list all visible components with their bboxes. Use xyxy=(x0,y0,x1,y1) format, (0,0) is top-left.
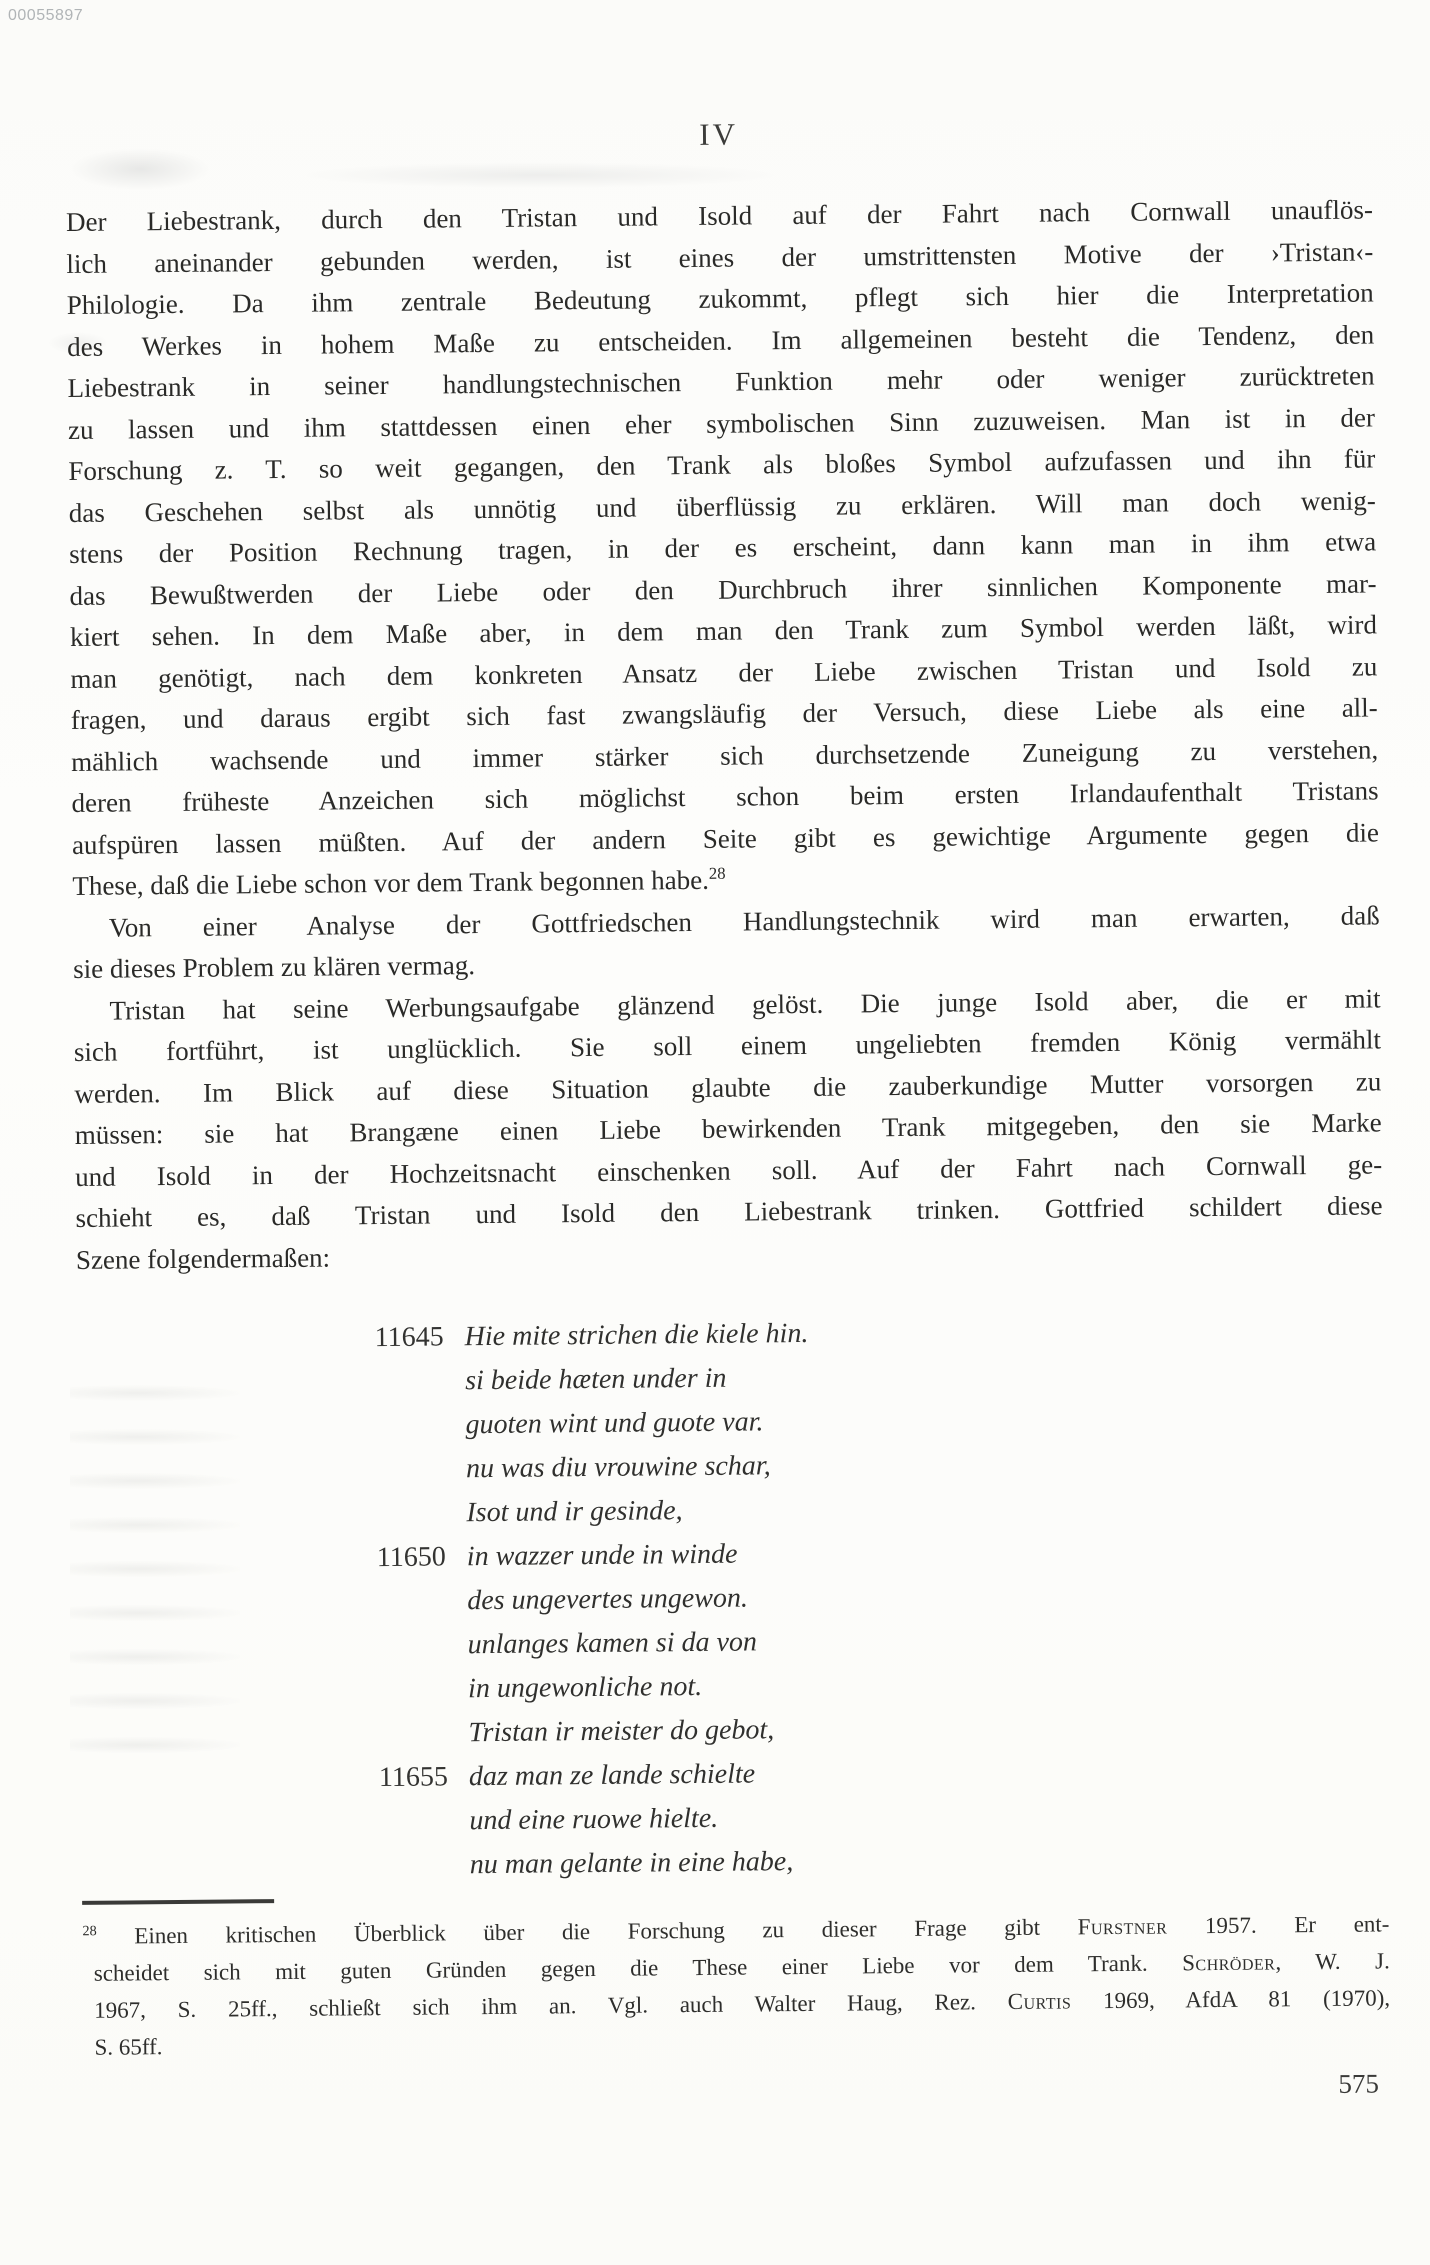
verse-line-text: in ungewonliche not. xyxy=(468,1665,702,1711)
verse-line-text: unlanges kamen si da von xyxy=(467,1620,757,1667)
verse-line-number xyxy=(375,1359,439,1404)
author-name-smallcaps: Curtis xyxy=(1008,1988,1072,2014)
verse-line-number: 11655 xyxy=(379,1755,443,1800)
author-name-smallcaps: Furstner xyxy=(1078,1914,1168,1940)
footnote-text: S. 65ff. xyxy=(94,2034,162,2060)
verse-line-text: daz man ze lande schielte xyxy=(469,1752,756,1799)
verse-line-number xyxy=(375,1403,439,1448)
footnote-marker: 28 xyxy=(82,1923,96,1939)
verse-quotation: 11645Hie mite strichen die kiele hin.si … xyxy=(77,1306,1389,1891)
verse-line-number: 11650 xyxy=(377,1535,441,1580)
verse-line-text: und eine ruowe hielte. xyxy=(469,1797,718,1843)
verse-line-text: guoten wint und guote var. xyxy=(465,1400,763,1447)
verse-line-text: Isot und ir gesinde, xyxy=(466,1489,683,1535)
verse-line-number xyxy=(376,1447,440,1492)
footnote-text: 1969, AfdA 81 (1970), xyxy=(1071,1985,1390,2013)
author-name-smallcaps: Schröder xyxy=(1182,1949,1275,1975)
footnote-text: 1967, S. 25ff., schließt sich ihm an. Vg… xyxy=(94,1989,1008,2023)
verse-line-number xyxy=(376,1491,440,1536)
footnote-reference: 28 xyxy=(709,864,726,883)
verse-line-text: in wazzer unde in winde xyxy=(467,1533,738,1580)
page-content: IV Der Liebestrank, durch den Tristan un… xyxy=(65,105,1391,2111)
chapter-heading: IV xyxy=(65,105,1372,164)
verse-line-text: Hie mite strichen die kiele hin. xyxy=(465,1312,809,1359)
paragraph: Von einer Analyse der Gottfriedschen Han… xyxy=(73,895,1381,991)
verse-line-number xyxy=(378,1667,442,1712)
verse-line-text: si beide hæten under in xyxy=(465,1357,727,1404)
footnote-text: , W. J. xyxy=(1275,1948,1390,1974)
page-number: 575 xyxy=(84,2068,1391,2112)
footnote-text: scheidet sich mit guten Gründen gegen di… xyxy=(94,1950,1183,1985)
verse-line-number xyxy=(377,1579,441,1624)
paragraph: Tristan hat seine Werbungsaufgabe glänze… xyxy=(73,978,1383,1281)
footnote: 28 Einen kritischen Überblick über die F… xyxy=(82,1905,1390,2066)
footnote-separator xyxy=(82,1899,274,1905)
verse-line-text: nu man gelante in eine habe, xyxy=(470,1840,794,1887)
scan-id-number: 00055897 xyxy=(8,7,83,25)
footnote-text: 1957. Er ent- xyxy=(1167,1911,1389,1938)
verse-line-number xyxy=(380,1843,444,1888)
verse-line-text: des ungevertes ungewon. xyxy=(467,1577,748,1624)
footnote-text: Einen kritischen Überblick über die Fors… xyxy=(97,1914,1078,1948)
body-paragraphs: Der Liebestrank, durch den Tristan und I… xyxy=(66,189,1383,1280)
verse-line-number xyxy=(377,1623,441,1668)
verse-line-number xyxy=(379,1799,443,1844)
scanned-page: 00055897 IV Der Liebestrank, durch den T… xyxy=(0,0,1430,2265)
verse-line-text: nu was diu vrouwine schar, xyxy=(466,1444,771,1491)
verse-line-text: Tristan ir meister do gebot, xyxy=(468,1708,774,1755)
paragraph: Der Liebestrank, durch den Tristan und I… xyxy=(66,189,1380,907)
verse-line-number xyxy=(378,1711,442,1756)
verse-line-number: 11645 xyxy=(375,1315,439,1360)
